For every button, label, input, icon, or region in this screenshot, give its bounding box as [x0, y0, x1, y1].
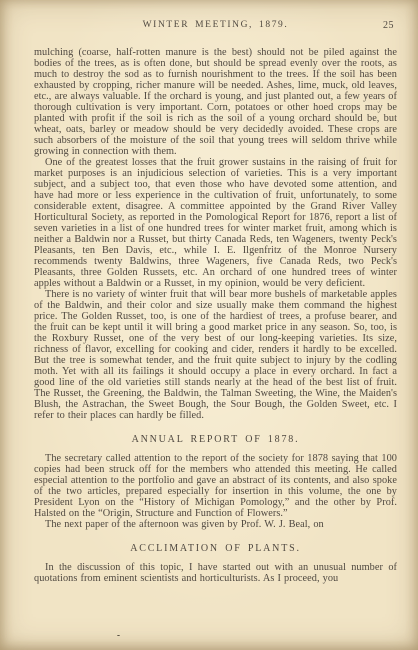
paragraph-secretary-report: The secretary called attention to the re… — [34, 453, 397, 519]
running-header: WINTER MEETING, 1879. 25 — [34, 19, 397, 32]
scan-artifact-mark: - — [117, 630, 120, 640]
heading-annual-report-1878: ANNUAL REPORT OF 1878. — [34, 434, 397, 445]
paragraph-next-paper: The next paper of the afternoon was give… — [34, 519, 397, 530]
running-header-title: WINTER MEETING, 1879. — [143, 20, 289, 30]
book-page: WINTER MEETING, 1879. 25 mulching (coars… — [0, 0, 418, 650]
page-number: 25 — [383, 19, 394, 32]
heading-acclimation-of-plants: ACCLIMATION OF PLANTS. — [34, 543, 397, 554]
paragraph-variety-selection: One of the greatest losses that the frui… — [34, 157, 397, 289]
paragraph-winter-fruit: There is no variety of winter fruit that… — [34, 289, 397, 421]
paragraph-discussion-intro: In the discussion of this topic, I have … — [34, 562, 397, 584]
paragraph-mulching: mulching (coarse, half-rotten manure is … — [34, 47, 397, 157]
